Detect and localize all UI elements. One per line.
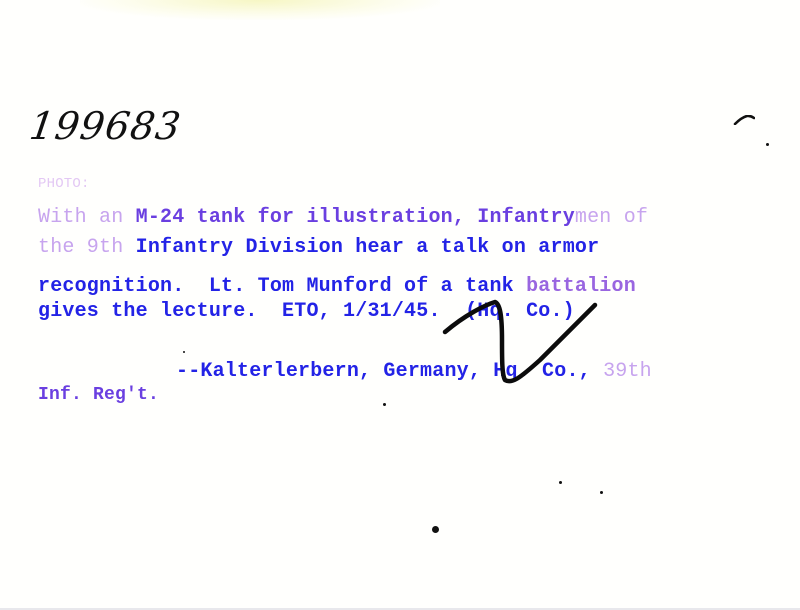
pencil-tick-mark-icon [733,115,755,125]
caption-line-1-faded-suffix: men of [575,206,648,229]
caption-line-2-faded-prefix: the 9th [38,236,136,259]
ink-speck [600,491,603,494]
caption-line-1-text: M-24 tank for illustration, Infantry [136,206,575,229]
ink-speck [383,403,386,406]
pencil-checkmark-icon [440,280,610,400]
handwritten-photo-number: 199683 [27,104,184,148]
credit-line-faded-suffix: 39th [603,360,652,383]
credit-line-2: Inf. Reg't. [38,385,159,405]
ink-speck [432,526,439,533]
caption-label: PHOTO: [38,176,90,192]
ink-speck [559,481,562,484]
paper-stain [80,0,440,20]
photo-back-document: 199683 PHOTO: With an M-24 tank for illu… [0,0,800,610]
caption-line-2-text: Infantry Division hear a talk on armor [136,236,600,259]
caption-line-1: With an M-24 tank for illustration, Infa… [38,206,648,229]
ink-speck [766,143,769,146]
caption-line-1-faded-prefix: With an [38,206,136,229]
caption-line-2: the 9th Infantry Division hear a talk on… [38,236,599,259]
ink-speck [183,351,185,353]
